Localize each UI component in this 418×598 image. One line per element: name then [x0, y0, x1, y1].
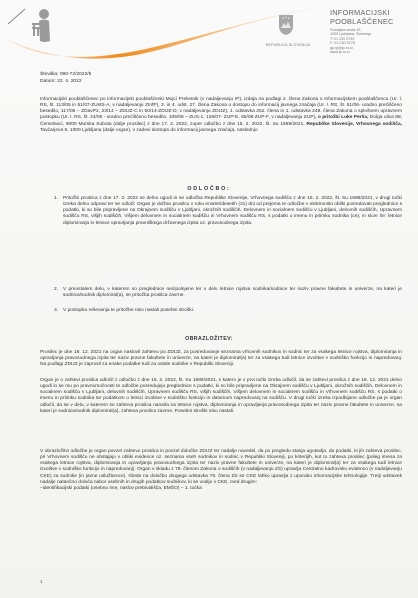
intro-paragraph: Informacijski pooblaščenec po informacij… [40, 97, 402, 134]
document-date: Datum: 22. 4. 2022 [40, 78, 91, 85]
item-number: 1. [40, 196, 63, 227]
institution-name: INFORMACIJSKI POOBLAŠČENEC [330, 8, 394, 26]
decision-item: 3. V postopku reševanja te pritožbe niso… [40, 308, 402, 314]
staple-mark [6, 6, 28, 28]
republic-label: REPUBLIKA SLOVENIJA [258, 43, 318, 47]
reasoning-paragraph: Prosilec je dne 18. 12. 2021 na organ na… [40, 350, 402, 368]
reasoning-heading: OBRAZLOŽITEV: [0, 336, 418, 342]
item-text: V postopku reševanja te pritožbe niso na… [63, 308, 402, 314]
page-number: 1 [40, 580, 43, 585]
intro-bold-court: Republike Slovenije, Vrhovnega sodišča, [306, 122, 402, 127]
intro-bold-appellant: , o pritožbi Luke Perša, [315, 115, 368, 120]
reasoning-text: V obrazložitvi odločbe je organ povzel z… [40, 449, 402, 486]
decision-item: 2. V preostalem delu, v katerem so pregl… [40, 287, 402, 299]
institution-name-line2: POOBLAŠČENEC [330, 17, 394, 26]
reasoning-list-item: –identifikacijski podatki (osebno ime, n… [40, 486, 402, 492]
document-number: Številka: 090-72/2022/5 [40, 71, 91, 78]
reasoning-paragraph: Organ je o zahtevi prosilca odločil z od… [40, 378, 402, 415]
item-number: 3. [40, 308, 63, 314]
institution-address: Dunajska cesta 22, 1000 Ljubljana, Slove… [330, 28, 371, 54]
slovenia-coat-of-arms-icon [278, 14, 294, 36]
institution-name-line1: INFORMACIJSKI [330, 8, 394, 17]
item-text: V preostalem delu, v katerem so pregledn… [63, 287, 402, 299]
document-page: REPUBLIKA SLOVENIJA INFORMACIJSKI POOBLA… [0, 0, 418, 598]
decision-heading: ODLOČBO: [0, 186, 418, 192]
reasoning-paragraph: V obrazložitvi odločbe je organ povzel z… [40, 449, 402, 492]
intro-text: Tavčarjeva 9, 1000 Ljubljana (dalje orga… [40, 128, 258, 133]
ip-logo-icon [30, 8, 56, 44]
decision-item: 1. Pritožbi prosilca z dne 17. 2. 2022 s… [40, 196, 402, 227]
item-number: 2. [40, 287, 63, 299]
document-meta: Številka: 090-72/2022/5 Datum: 22. 4. 20… [40, 71, 91, 85]
item-text: Pritožbi prosilca z dne 17. 2. 2022 se d… [63, 196, 402, 227]
website-link[interactable]: www.ip-rs.si [330, 50, 371, 54]
